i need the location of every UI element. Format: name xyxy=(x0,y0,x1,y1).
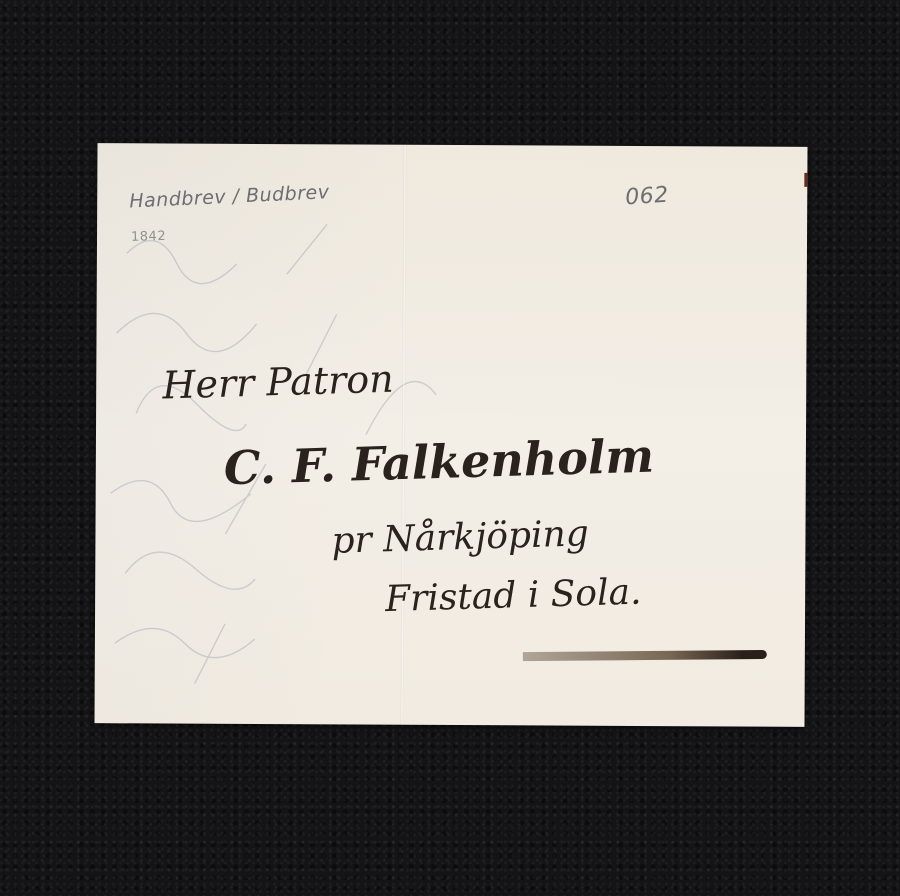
address-salutation: Herr Patron xyxy=(162,357,395,408)
pencil-catalog-number: 062 xyxy=(624,183,669,211)
wax-seal-remnant xyxy=(804,173,807,187)
letter-paper: Handbrev / Budbrev 1842 062 Herr Patron … xyxy=(94,143,807,727)
ink-flourish-underline xyxy=(523,650,767,661)
paper-fold xyxy=(400,145,406,725)
address-place: Fristad i Sola. xyxy=(385,572,642,621)
pencil-year-note: 1842 xyxy=(131,229,167,245)
address-name: C. F. Falkenholm xyxy=(223,429,655,496)
pencil-category-note: Handbrev / Budbrev xyxy=(129,181,330,212)
address-via: pr Nårkjöping xyxy=(331,513,589,562)
